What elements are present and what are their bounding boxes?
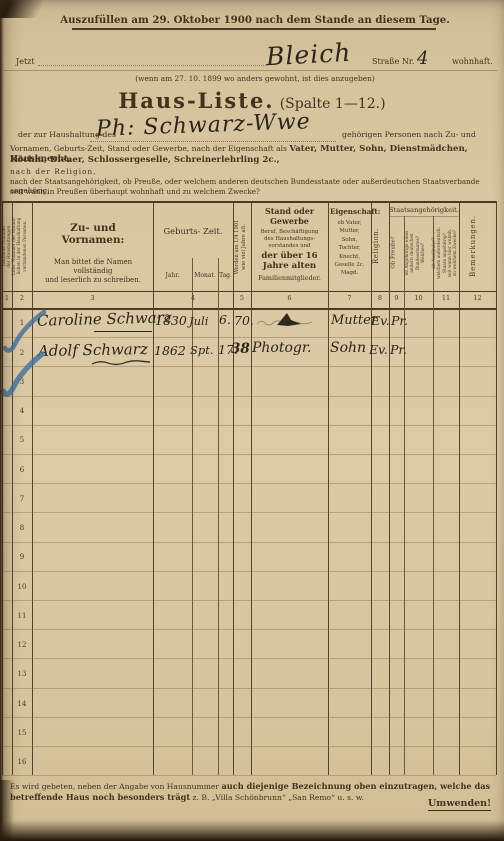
- col5-header: Werden am 1/4 1901 wie viel Jahre alt.: [234, 205, 250, 289]
- row-line: [2, 746, 496, 747]
- row1-jahr: 1830: [155, 313, 187, 328]
- col10-header: ob Angehörige eines andern deutschen Bun…: [405, 219, 433, 287]
- row1-stand-smudge ink-blot-icon: [255, 311, 317, 331]
- row-line: [2, 542, 496, 543]
- col4-tag-label: Tag.: [218, 272, 233, 279]
- row2-stand: Photogr.: [252, 340, 312, 356]
- row1-religion: Ev.: [371, 313, 390, 328]
- row-line: [2, 512, 496, 513]
- col3-header-note: Man bittet die Namen vollständig und les…: [38, 258, 148, 285]
- colnum-7: 7: [328, 294, 371, 302]
- header-bottom-rule: [2, 291, 496, 292]
- colnum-2: 2: [12, 294, 32, 302]
- intro-line1-b: gehörigen Personen nach Zu- und: [342, 130, 476, 139]
- col12-header: Bemerkungen.: [469, 204, 487, 288]
- scan-corner-top-left: [0, 0, 56, 18]
- col3-header-title: Zu- und Vornamen:: [40, 222, 146, 246]
- footer-line1-normal: Es wird gebeten, neben der Angabe von Ha…: [10, 782, 221, 791]
- street-fill-line: [38, 64, 266, 66]
- row-number: 10: [12, 583, 32, 591]
- street-name-handwritten: Bleich: [265, 38, 352, 71]
- footer-line1-bold: auch diejenige Bezeichnung oben einzutra…: [221, 781, 490, 791]
- row-line: [2, 483, 496, 484]
- top-instruction: Auszufüllen am 29. Oktober 1900 nach dem…: [60, 14, 450, 26]
- row2-name-underline: [90, 359, 152, 367]
- footer-line1: Es wird gebeten, neben der Angabe von Ha…: [10, 781, 496, 791]
- colnum-8: 8: [371, 294, 389, 302]
- row2-alter: 38: [231, 341, 250, 357]
- col6-header-small: Beruf, Beschäftigung des Haushaltungs- v…: [253, 229, 326, 249]
- row-line: [2, 425, 496, 426]
- col4-monat-label: Monat.: [192, 272, 218, 279]
- row-number: 12: [12, 641, 32, 649]
- col9-header: Ob Preuße?: [391, 219, 404, 287]
- intro-line6: seit wann in Preußen überhaupt wohnhaft …: [10, 187, 490, 196]
- row-number: 11: [12, 612, 32, 620]
- row-line: [2, 571, 496, 572]
- col4-header-title: Geburts- Zeit.: [155, 226, 231, 236]
- top-instruction-underline: [72, 28, 436, 30]
- col2-header: Lfde. Nummer der sämmt- lichen in der Ha…: [12, 203, 32, 289]
- row-line: [2, 717, 496, 718]
- row1-tag: 6.: [219, 312, 231, 327]
- row-line: [2, 366, 496, 367]
- row-line: [2, 658, 496, 659]
- col7-header-title: Eigenschaft:: [330, 207, 369, 216]
- household-head-handwritten: Ph: Schwarz-Wwe: [96, 109, 311, 141]
- house-number-handwritten: 4: [417, 48, 428, 69]
- row1-alter: 70.: [234, 313, 254, 328]
- intro-line3: Köchin, Diener, Schlossergeselle, Schrei…: [10, 155, 280, 165]
- footer-line2: betreffende Haus noch besonders trägt z.…: [10, 792, 496, 802]
- row-number: 7: [12, 495, 32, 503]
- row1-name: Caroline Schwarz: [37, 308, 172, 330]
- footer-line2-bold: betreffende Haus noch besonders trägt: [10, 792, 190, 802]
- colnum-5: 5: [233, 294, 251, 302]
- row1-monat: Juli: [189, 314, 208, 328]
- row-line: [2, 688, 496, 689]
- strasse-nr-label: Straße Nr.: [372, 57, 414, 66]
- blue-checkmark-icon: [0, 302, 56, 402]
- row-number: 16: [12, 758, 32, 766]
- row-number: 14: [12, 700, 32, 708]
- staats-group-header: Staatsangehörigkeit.: [389, 206, 459, 214]
- row-line: [2, 337, 496, 338]
- col4-jahr-label: Jahr.: [153, 272, 192, 279]
- col11-header: ob Ausländer? welchem außerdeutsch. Staa…: [432, 219, 460, 287]
- col6-header-title: Stand oder Gewerbe: [253, 206, 326, 226]
- row1-name-underline: [94, 331, 152, 332]
- footer-line2-normal: z. B. „Villa Schönbrunn“ „San Remo“ u. s…: [190, 793, 364, 802]
- numbers-bottom-rule: [2, 308, 496, 310]
- row-line: [2, 600, 496, 601]
- colnum-11: 11: [433, 294, 459, 302]
- haus-liste-form-scan: Auszufüllen am 29. Oktober 1900 nach dem…: [0, 0, 504, 841]
- scan-edge-bottom: [0, 820, 504, 841]
- colnum-6: 6: [251, 294, 328, 302]
- row-number: 8: [12, 524, 32, 532]
- umwenden-label: Umwenden!: [428, 798, 491, 811]
- colnum-4: 4: [153, 294, 233, 302]
- row-line: [2, 629, 496, 630]
- col7-header-body: ob Vater, Mutter, Sohn, Tochter, Knecht,…: [330, 219, 369, 278]
- row-number: 4: [12, 407, 32, 415]
- intro-line4: nach der Religion,: [10, 167, 97, 176]
- row-number: 6: [12, 466, 32, 474]
- colnum-3: 3: [32, 294, 153, 302]
- wohnhaft-label: wohnhaft.: [452, 57, 493, 66]
- table-top-rule: [2, 201, 496, 203]
- col-subline-jahr-monat: [192, 258, 193, 775]
- colnum-9: 9: [389, 294, 404, 302]
- staats-group-underline: [389, 216, 459, 217]
- row-line: [2, 454, 496, 455]
- row-number: 15: [12, 729, 32, 737]
- row2-monat: Spt.: [190, 343, 214, 357]
- col6-header-bold: der über 16 Jahre alten: [253, 251, 326, 272]
- row2-religion: Ev.: [369, 342, 388, 357]
- address-rule: [4, 70, 498, 71]
- row2-staat: Pr.: [390, 342, 407, 357]
- row-number: 5: [12, 436, 32, 444]
- colnum-12: 12: [459, 294, 496, 302]
- row2-eigenschaft: Sohn: [330, 340, 366, 356]
- moved-note: (wenn am 27. 10. 1899 wo anders gewohnt,…: [90, 74, 420, 83]
- col8-header: Religion.: [372, 204, 388, 288]
- col-subline-monat-tag: [218, 258, 219, 775]
- table-border-right: [496, 201, 497, 775]
- intro-line2-normal: Vornamen, Geburts-Zeit, Stand oder Gewer…: [10, 144, 289, 153]
- colnum-10: 10: [404, 294, 433, 302]
- form-title-main: Haus-Liste.: [118, 88, 274, 113]
- row-line: [2, 775, 496, 776]
- row-number: 9: [12, 553, 32, 561]
- row-line: [2, 396, 496, 397]
- jetzt-label: Jetzt: [16, 57, 35, 66]
- row-number: 13: [12, 670, 32, 678]
- form-title: Haus-Liste. (Spalte 1—12.): [0, 88, 504, 113]
- scan-edge-left: [0, 0, 4, 841]
- row1-staat: Pr.: [391, 313, 408, 328]
- col6-header-tail: Familienmitglieder.: [253, 274, 326, 282]
- row2-jahr: 1862: [154, 343, 186, 358]
